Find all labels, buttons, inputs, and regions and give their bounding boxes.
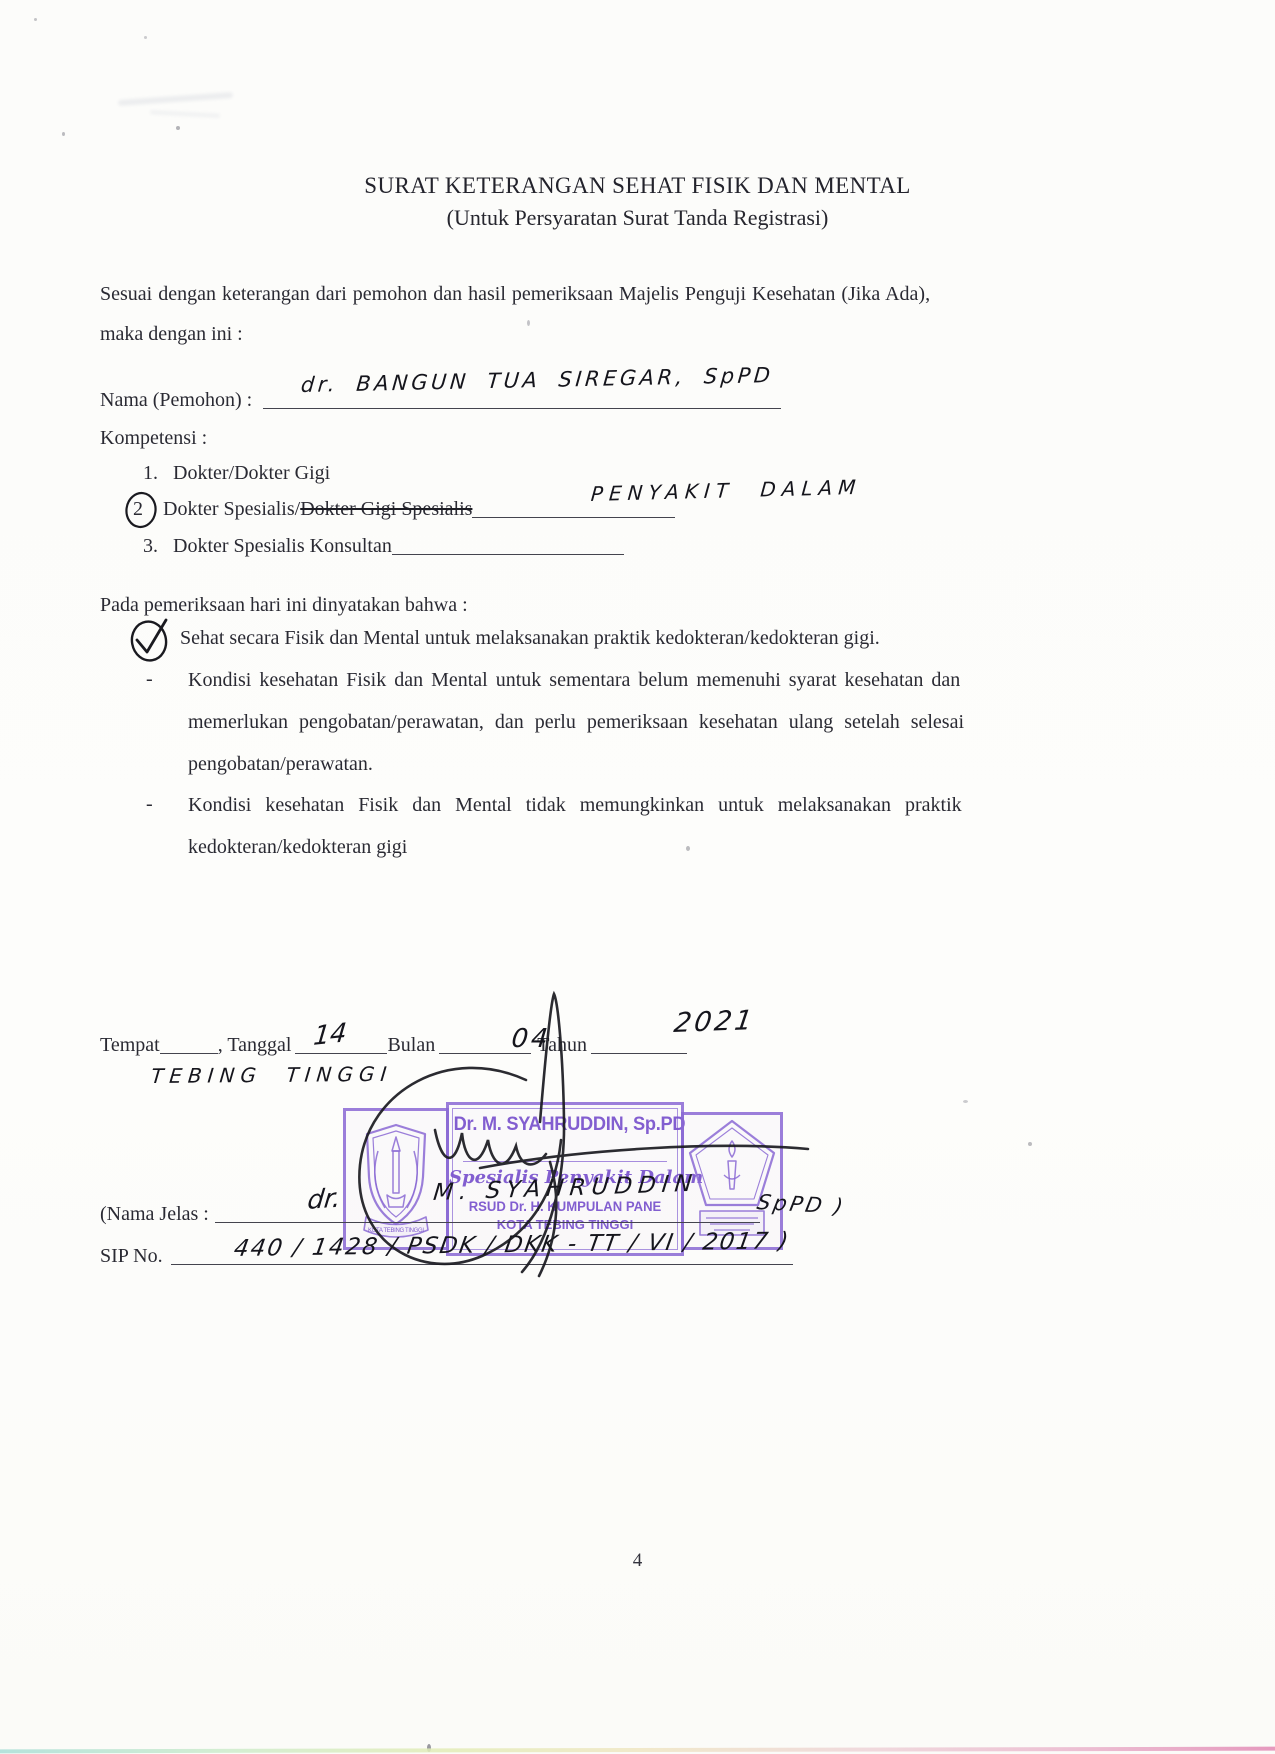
signer-title-handwriting: SpPD ) bbox=[755, 1190, 848, 1218]
scan-speck bbox=[1028, 1142, 1032, 1146]
stamp-divider bbox=[463, 1161, 667, 1162]
competence-item-1-number: 1. bbox=[143, 462, 158, 484]
stamp-shield-box: KOTA TEBING TINGGI bbox=[343, 1108, 449, 1250]
competence-item-2-handwriting: PENYAKIT DALAM bbox=[590, 475, 863, 506]
page-number: 4 bbox=[0, 1550, 1275, 1572]
place-label: Tempat bbox=[100, 1034, 160, 1056]
scan-smudge bbox=[118, 92, 233, 106]
clear-name-line bbox=[215, 1220, 760, 1223]
competence-item-2-line bbox=[472, 515, 675, 518]
year-handwriting: 2021 bbox=[672, 1005, 757, 1039]
competence-item-1: 1. Dokter/Dokter Gigi bbox=[143, 462, 330, 485]
scanned-document-page: SURAT KETERANGAN SEHAT FISIK DAN MENTAL … bbox=[0, 0, 1275, 1754]
dash-marker-2: - bbox=[146, 793, 153, 816]
checkmark-circle-mark bbox=[124, 612, 176, 666]
document-subtitle: (Untuk Persyaratan Surat Tanda Registras… bbox=[0, 205, 1275, 231]
statement-option-3-line-2: kedokteran/kedokteran gigi bbox=[188, 836, 407, 859]
clear-name-label: (Nama Jelas : bbox=[100, 1203, 209, 1225]
competence-item-1-text: Dokter/Dokter Gigi bbox=[173, 462, 330, 484]
competence-item-2-text: Dokter Spesialis/ bbox=[163, 498, 300, 520]
intro-line-1: Sesuai dengan keterangan dari pemohon da… bbox=[100, 283, 930, 306]
applicant-name-line bbox=[263, 406, 781, 409]
applicant-name-label-text: Nama (Pemohon) : bbox=[100, 389, 252, 411]
competence-item-3: 3. Dokter Spesialis Konsultan bbox=[143, 535, 624, 558]
scan-edge-artifact bbox=[0, 1746, 1275, 1752]
statement-option-2-line-1: Kondisi kesehatan Fisik dan Mental untuk… bbox=[188, 669, 960, 692]
scan-smudge bbox=[150, 110, 220, 118]
city-shield-emblem-icon: KOTA TEBING TINGGI bbox=[346, 1111, 446, 1247]
scan-speck bbox=[34, 18, 37, 21]
date-label: , Tanggal bbox=[218, 1034, 292, 1056]
place-date-row: Tempat, TanggalBulanTahun bbox=[100, 1034, 687, 1057]
competence-item-2-struck-text: Dokter Gigi Spesialis bbox=[300, 498, 472, 520]
statement-option-3-line-1: Kondisi kesehatan Fisik dan Mental tidak… bbox=[188, 794, 962, 817]
competence-item-3-text: Dokter Spesialis Konsultan bbox=[173, 535, 392, 557]
statement-option-2-line-2: memerlukan pengobatan/perawatan, dan per… bbox=[188, 711, 964, 734]
intro-line-2: maka dengan ini : bbox=[100, 323, 243, 346]
sip-label: SIP No. bbox=[100, 1245, 163, 1267]
place-handwriting: TEBING TINGGI bbox=[150, 1062, 394, 1088]
document-title: SURAT KETERANGAN SEHAT FISIK DAN MENTAL bbox=[0, 173, 1275, 199]
month-label: Bulan bbox=[387, 1034, 435, 1056]
scan-speck bbox=[62, 132, 65, 136]
signer-dr-handwriting: dr. bbox=[306, 1183, 342, 1216]
scan-speck bbox=[686, 846, 690, 851]
competence-item-3-line bbox=[392, 552, 624, 555]
checked-statement-text: Sehat secara Fisik dan Mental untuk mela… bbox=[180, 627, 880, 650]
scan-speck bbox=[176, 126, 180, 130]
scan-speck bbox=[527, 320, 530, 326]
sip-line bbox=[171, 1262, 793, 1265]
competence-label: Kompetensi : bbox=[100, 427, 207, 450]
date-handwriting: 14 bbox=[312, 1018, 348, 1052]
clear-name-row: (Nama Jelas : bbox=[100, 1203, 760, 1226]
place-line bbox=[160, 1051, 218, 1054]
circled-number-mark bbox=[120, 489, 162, 531]
scan-speck bbox=[144, 36, 147, 39]
month-handwriting: 04 bbox=[510, 1024, 552, 1054]
competence-item-3-number: 3. bbox=[143, 535, 158, 557]
stamp-doctor-name: Dr. M. SYAHRUDDIN, Sp.PD bbox=[454, 1114, 677, 1136]
date-line bbox=[295, 1051, 387, 1054]
statement-option-2-line-3: pengobatan/perawatan. bbox=[188, 753, 373, 776]
dash-marker-1: - bbox=[146, 668, 153, 691]
torch-pentagon-emblem-icon bbox=[684, 1115, 780, 1247]
year-line bbox=[591, 1051, 687, 1054]
scan-speck bbox=[963, 1100, 968, 1103]
